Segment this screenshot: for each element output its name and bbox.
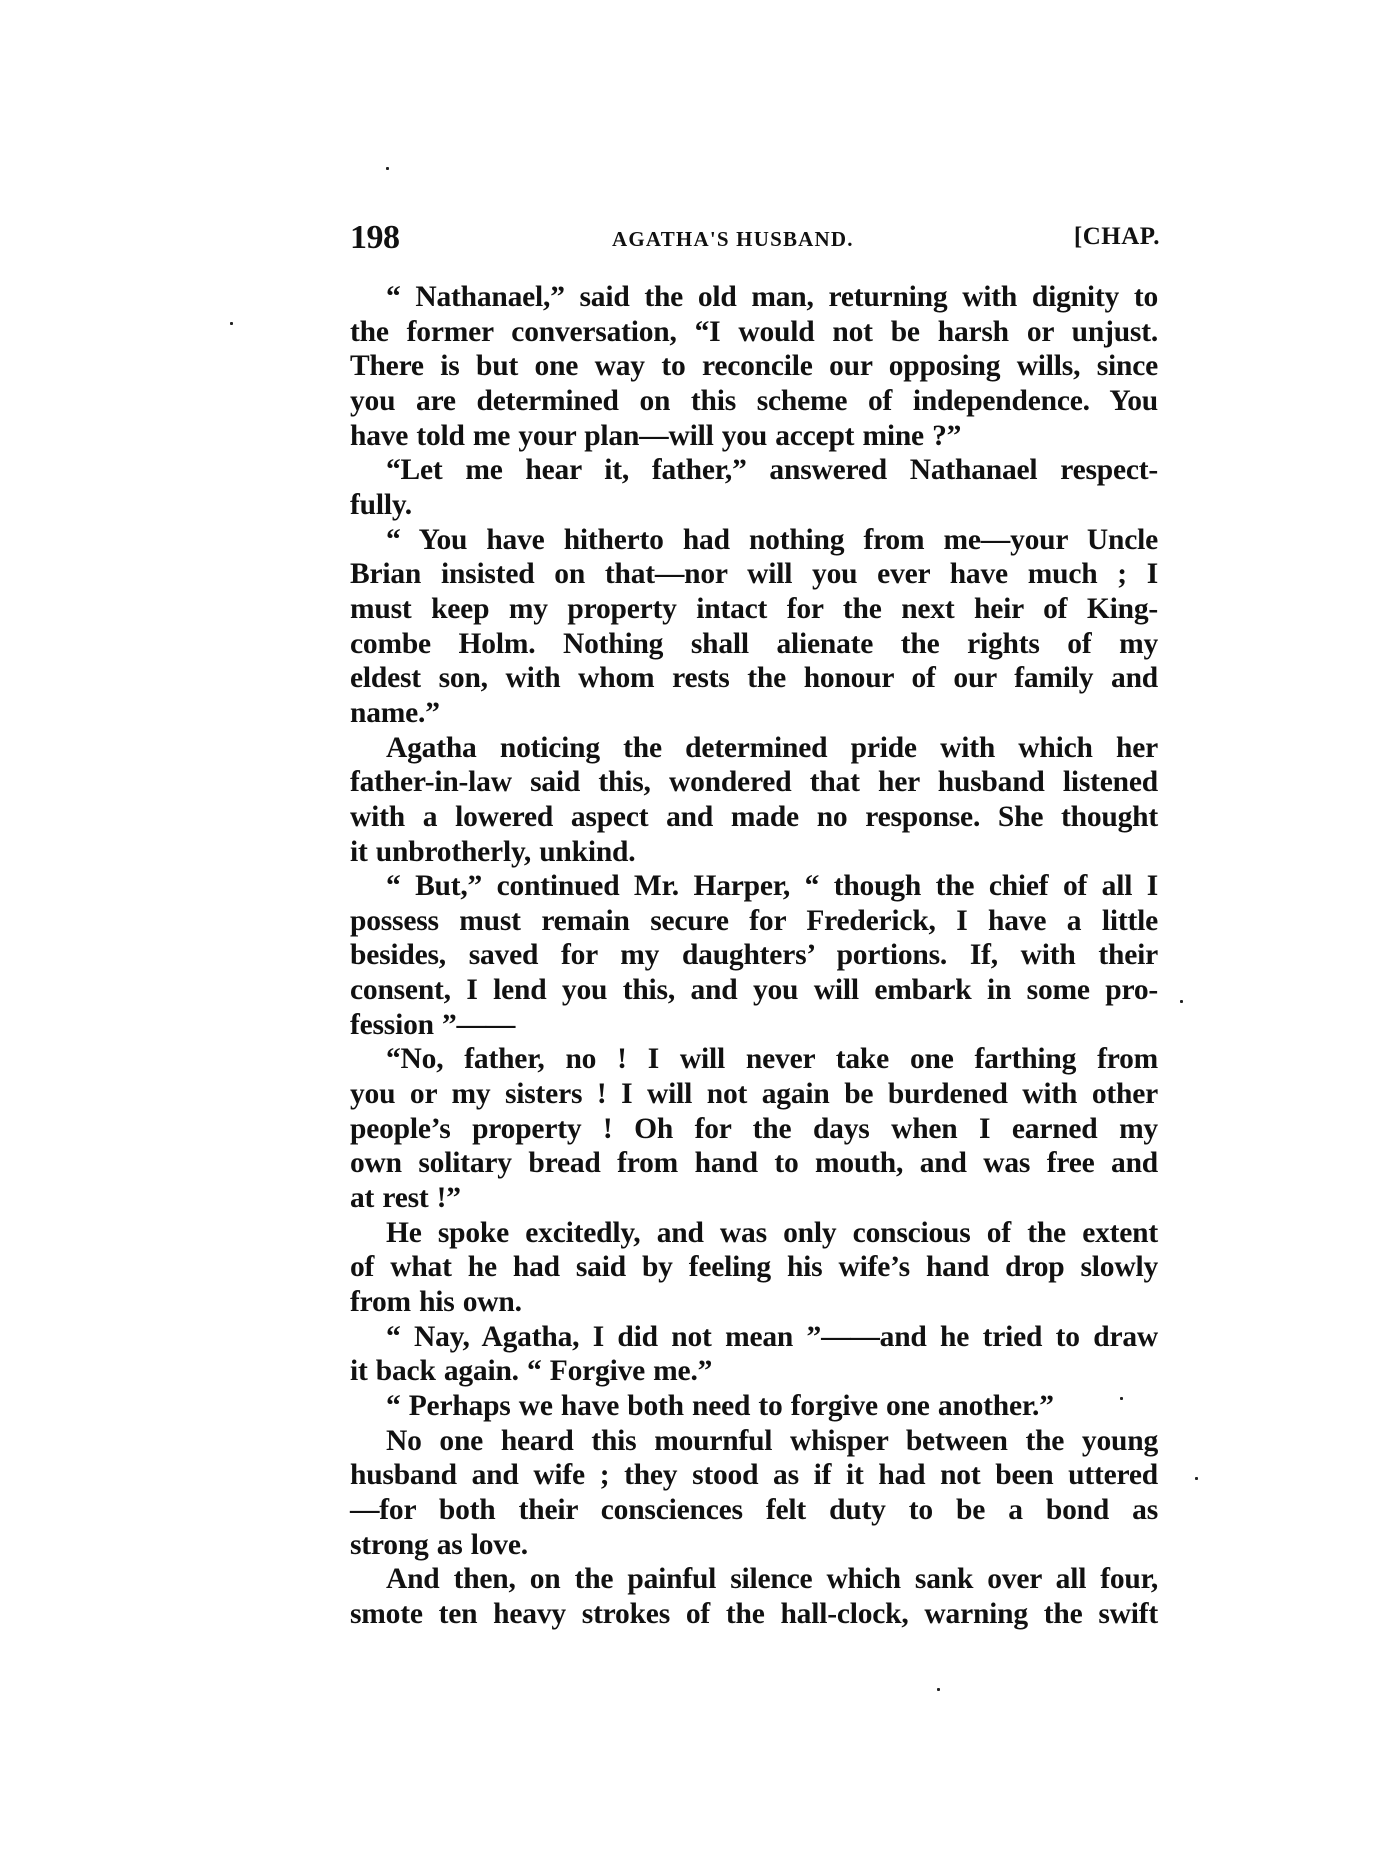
running-title: AGATHA'S HUSBAND. (612, 224, 854, 254)
scan-speck (1180, 1000, 1183, 1003)
text-line: with a lowered aspect and made no respon… (350, 800, 1158, 835)
text-line: strong as love. (350, 1528, 1158, 1563)
text-line: people’s property ! Oh for the days when… (350, 1112, 1158, 1147)
body-text: “ Nathanael,” said the old man, returnin… (350, 280, 1158, 1632)
text-line: smote ten heavy strokes of the hall-cloc… (350, 1597, 1158, 1632)
running-head: 198 AGATHA'S HUSBAND. [CHAP. (350, 218, 1160, 258)
text-line: at rest !” (350, 1181, 1158, 1216)
text-line: “ Nay, Agatha, I did not mean ”——and he … (350, 1320, 1158, 1355)
text-line: consent, I lend you this, and you will e… (350, 973, 1158, 1008)
text-line: Agatha noticing the determined pride wit… (350, 731, 1158, 766)
text-line: it back again. “ Forgive me.” (350, 1354, 1158, 1389)
text-line: combe Holm. Nothing shall alienate the r… (350, 627, 1158, 662)
text-line: He spoke excitedly, and was only conscio… (350, 1216, 1158, 1251)
text-line: besides, saved for my daughters’ portion… (350, 938, 1158, 973)
text-line: you or my sisters ! I will not again be … (350, 1077, 1158, 1112)
text-line: “ Nathanael,” said the old man, returnin… (350, 280, 1158, 315)
scan-speck (937, 1688, 940, 1691)
text-line: from his own. (350, 1285, 1158, 1320)
scan-speck (1195, 1477, 1198, 1480)
chapter-label: [CHAP. (1074, 220, 1160, 254)
text-line: husband and wife ; they stood as if it h… (350, 1458, 1158, 1493)
text-line: “ Perhaps we have both need to forgive o… (350, 1389, 1158, 1424)
scan-speck (386, 167, 389, 170)
text-line: it unbrotherly, unkind. (350, 835, 1158, 870)
text-line: There is but one way to reconcile our op… (350, 349, 1158, 384)
text-line: No one heard this mournful whisper betwe… (350, 1424, 1158, 1459)
text-line: must keep my property intact for the nex… (350, 592, 1158, 627)
text-line: of what he had said by feeling his wife’… (350, 1250, 1158, 1285)
text-line: fession ”—— (350, 1008, 1158, 1043)
text-line: father-in-law said this, wondered that h… (350, 765, 1158, 800)
scan-speck (1120, 1397, 1123, 1400)
text-line: —for both their consciences felt duty to… (350, 1493, 1158, 1528)
text-line: you are determined on this scheme of ind… (350, 384, 1158, 419)
text-line: the former conversation, “I would not be… (350, 315, 1158, 350)
text-line: eldest son, with whom rests the honour o… (350, 661, 1158, 696)
text-line: “ You have hitherto had nothing from me—… (350, 523, 1158, 558)
text-line: possess must remain secure for Frederick… (350, 904, 1158, 939)
text-line: name.” (350, 696, 1158, 731)
text-line: “ But,” continued Mr. Harper, “ though t… (350, 869, 1158, 904)
scan-speck (230, 322, 233, 325)
page-number: 198 (350, 218, 400, 258)
text-line: Brian insisted on that—nor will you ever… (350, 557, 1158, 592)
text-line: “Let me hear it, father,” answered Natha… (350, 453, 1158, 488)
book-page: 198 AGATHA'S HUSBAND. [CHAP. “ Nathanael… (0, 0, 1400, 1850)
text-line: own solitary bread from hand to mouth, a… (350, 1146, 1158, 1181)
text-line: And then, on the painful silence which s… (350, 1562, 1158, 1597)
text-line: “No, father, no ! I will never take one … (350, 1042, 1158, 1077)
text-line: fully. (350, 488, 1158, 523)
text-line: have told me your plan—will you accept m… (350, 419, 1158, 454)
